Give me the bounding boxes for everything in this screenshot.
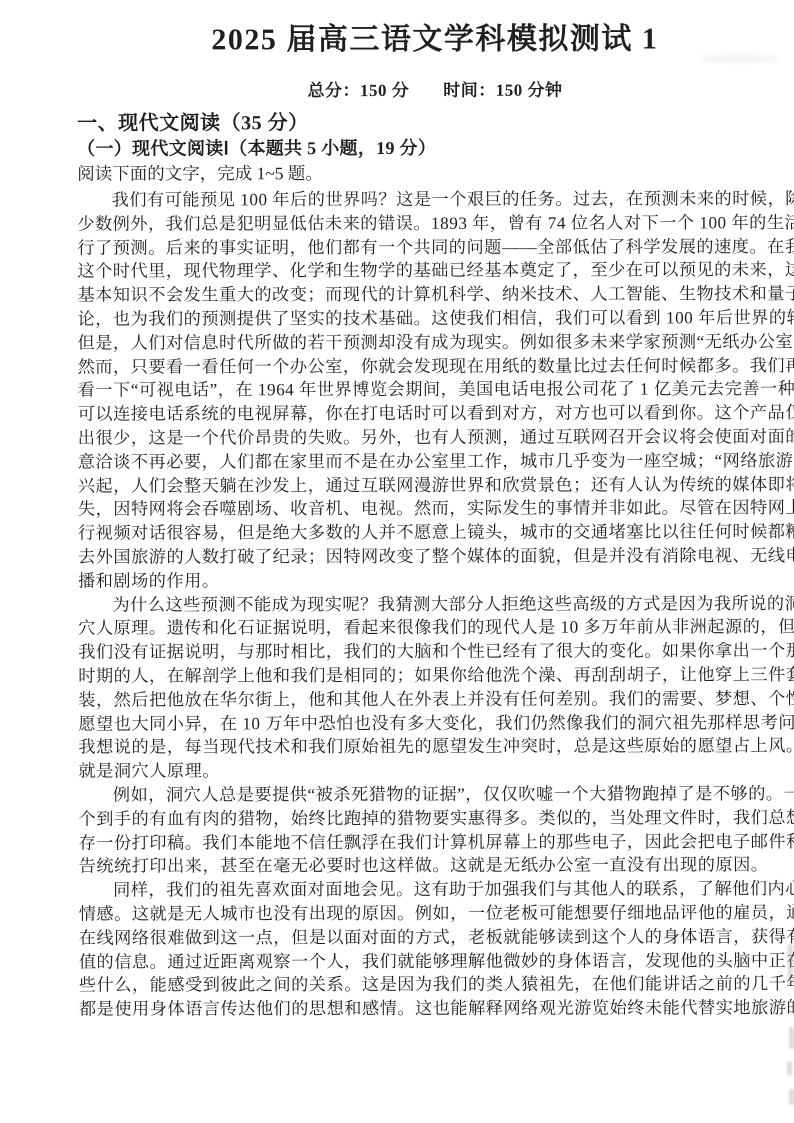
passage-line: 就是洞穴人原理。 <box>78 758 794 783</box>
passage-line: 穴人原理。遗传和化石证据说明，看起来很像我们的现代人是 10 多万年前从非洲起源… <box>78 616 794 641</box>
passage-line: 愿望也大同小异，在 10 万年中恐怕也没有多大变化，我们仍然像我们的洞穴祖先那样… <box>78 711 794 736</box>
passage-line: 情感。这就是无人城市也没有出现的原因。例如，一位老板可能想要仔细地品评他的雇员，… <box>79 901 794 926</box>
passage-line: 装，然后把他放在华尔街上，他和其他人在外表上并没有任何差别。我们的需要、梦想、个… <box>78 687 794 712</box>
scan-artifact <box>788 944 793 984</box>
passage-line: 少数例外，我们总是犯明显低估未来的错误。1893 年，曾有 74 位名人对下一个… <box>77 211 793 236</box>
page-content: 2025 届高三语文学科模拟测试 1 总分：150 分时间：150 分钟 一、现… <box>77 0 794 1022</box>
passage-line: 都是使用身体语言传达他们的思想和感情。这也能解释网络观光游览始终未能代替实地旅游… <box>79 996 794 1021</box>
passage-line: 值的信息。通过近距离观察一个人，我们就能够理解他微妙的身体语言，发现他的头脑中正… <box>79 949 794 974</box>
passage-line: 意洽谈不再必要，人们都在家里而不是在办公室里工作，城市几乎变为一座空城；“网络旅… <box>78 449 794 474</box>
exam-title: 2025 届高三语文学科模拟测试 1 <box>77 0 793 61</box>
passage-line: 个到手的有血有肉的猎物，始终比跑掉的猎物要实惠得多。类似的，当处理文件时，我们总… <box>79 806 794 831</box>
passage-line: 去外国旅游的人数打破了纪录；因特网改变了整个媒体的面貌，但是并没有消除电视、无线… <box>78 544 794 569</box>
passage-line: 播和剧场的作用。 <box>78 568 794 593</box>
passage-line: 我们有可能预见 100 年后的世界吗？这是一个艰巨的任务。过去，在预测未来的时候… <box>77 187 793 212</box>
passage-line: 失，因特网将会吞噬剧场、收音机、电视。然而，实际发生的事情并非如此。尽管在因特网… <box>78 497 794 522</box>
passage-line: 行了预测。后来的事实证明，他们都有一个共同的问题——全部低估了科学发展的速度。在… <box>77 235 793 260</box>
reading-instruction: 阅读下面的文字，完成 1~5 题。 <box>77 160 793 186</box>
passage-line: 兴起，人们会整天躺在沙发上，通过互联网漫游世界和欣赏景色；还有人认为传统的媒体即… <box>78 473 794 498</box>
exam-paper-page: 2025 届高三语文学科模拟测试 1 总分：150 分时间：150 分钟 一、现… <box>0 0 794 1123</box>
passage-line: 告统统打印出来，甚至在毫无必要时也这样做。这就是无纸办公室一直没有出现的原因。 <box>79 853 794 878</box>
passage-line: 行视频对话很容易，但是绝大多数的人并不愿意上镜头，城市的交通堵塞比以往任何时候都… <box>78 520 794 545</box>
passage-line: 基本知识不会发生重大的改变；而现代的计算机科学、纳米技术、人工智能、生物技术和量… <box>77 282 793 307</box>
passage-line: 但是，人们对信息时代所做的若干预测却没有成为现实。例如很多未来学家预测“无纸办公… <box>78 330 794 355</box>
scan-artifact <box>789 1027 794 1049</box>
passage-line: 然而，只要看一看任何一个办公室，你就会发现现在用纸的数量比过去任何时候都多。我们… <box>78 354 794 379</box>
passage-line: 这个时代里，现代物理学、化学和生物学的基础已经基本奠定了，至少在可以预见的未来，… <box>77 259 793 284</box>
scan-artifact <box>787 1061 792 1075</box>
passage-line: 我想说的是，每当现代技术和我们原始祖先的愿望发生冲突时，总是这些原始的愿望占上风… <box>78 734 794 759</box>
exam-meta-line: 总分：150 分时间：150 分钟 <box>77 79 793 102</box>
section-heading: 一、现代文阅读（35 分） <box>77 109 793 136</box>
passage-line: 为什么这些预测不能成为现实呢？我猜测大部分人拒绝这些高级的方式是因为我所说的洞 <box>78 592 794 617</box>
passage-line: 例如，洞穴人总是要提供“被杀死猎物的证据”，仅仅吹嘘一个大猎物跑掉了是不够的。一 <box>78 782 794 807</box>
passage-line: 论，也为我们的预测提供了坚实的技术基础。这使我们相信，我们可以看到 100 年后… <box>77 306 793 331</box>
passage-line: 在线网络很难做到这一点，但是以面对面的方式，老板就能够读到这个人的身体语言，获得… <box>79 925 794 950</box>
passage: 我们有可能预见 100 年后的世界吗？这是一个艰巨的任务。过去，在预测未来的时候… <box>77 187 794 1021</box>
passage-line: 些什么，能感受到彼此之间的关系。这是因为我们的类人猿祖先，在他们能讲话之前的几千… <box>79 972 794 997</box>
passage-line: 同样，我们的祖先喜欢面对面地会见。这有助于加强我们与其他人的联系，了解他们内心的 <box>79 877 794 902</box>
total-score-label: 总分：150 分 <box>307 81 409 100</box>
section-subheading: （一）现代文阅读Ⅰ（本题共 5 小题，19 分） <box>77 135 793 161</box>
time-label: 时间：150 分钟 <box>443 81 562 100</box>
passage-line: 时期的人，在解剖学上他和我们是相同的；如果你给他洗个澡、再刮刮胡子，让他穿上三件… <box>78 663 794 688</box>
scan-artifact <box>789 1089 794 1105</box>
passage-line: 看一下“可视电话”，在 1964 年世界博览会期间，美国电话电报公司花了 1 亿… <box>78 378 794 403</box>
passage-line: 可以连接电话系统的电视屏幕，你在打电话时可以看到对方，对方也可以看到你。这个产品… <box>78 401 794 426</box>
passage-line: 存一份打印稿。我们本能地不信任飘浮在我们计算机屏幕上的那些电子，因此会把电子邮件… <box>79 830 794 855</box>
passage-line: 我们没有证据说明，与那时相比，我们的大脑和个性已经有了很大的变化。如果你拿出一个… <box>78 639 794 664</box>
passage-line: 出很少，这是一个代价昂贵的失败。另外，也有人预测，通过互联网召开会议将会使面对面… <box>78 425 794 450</box>
